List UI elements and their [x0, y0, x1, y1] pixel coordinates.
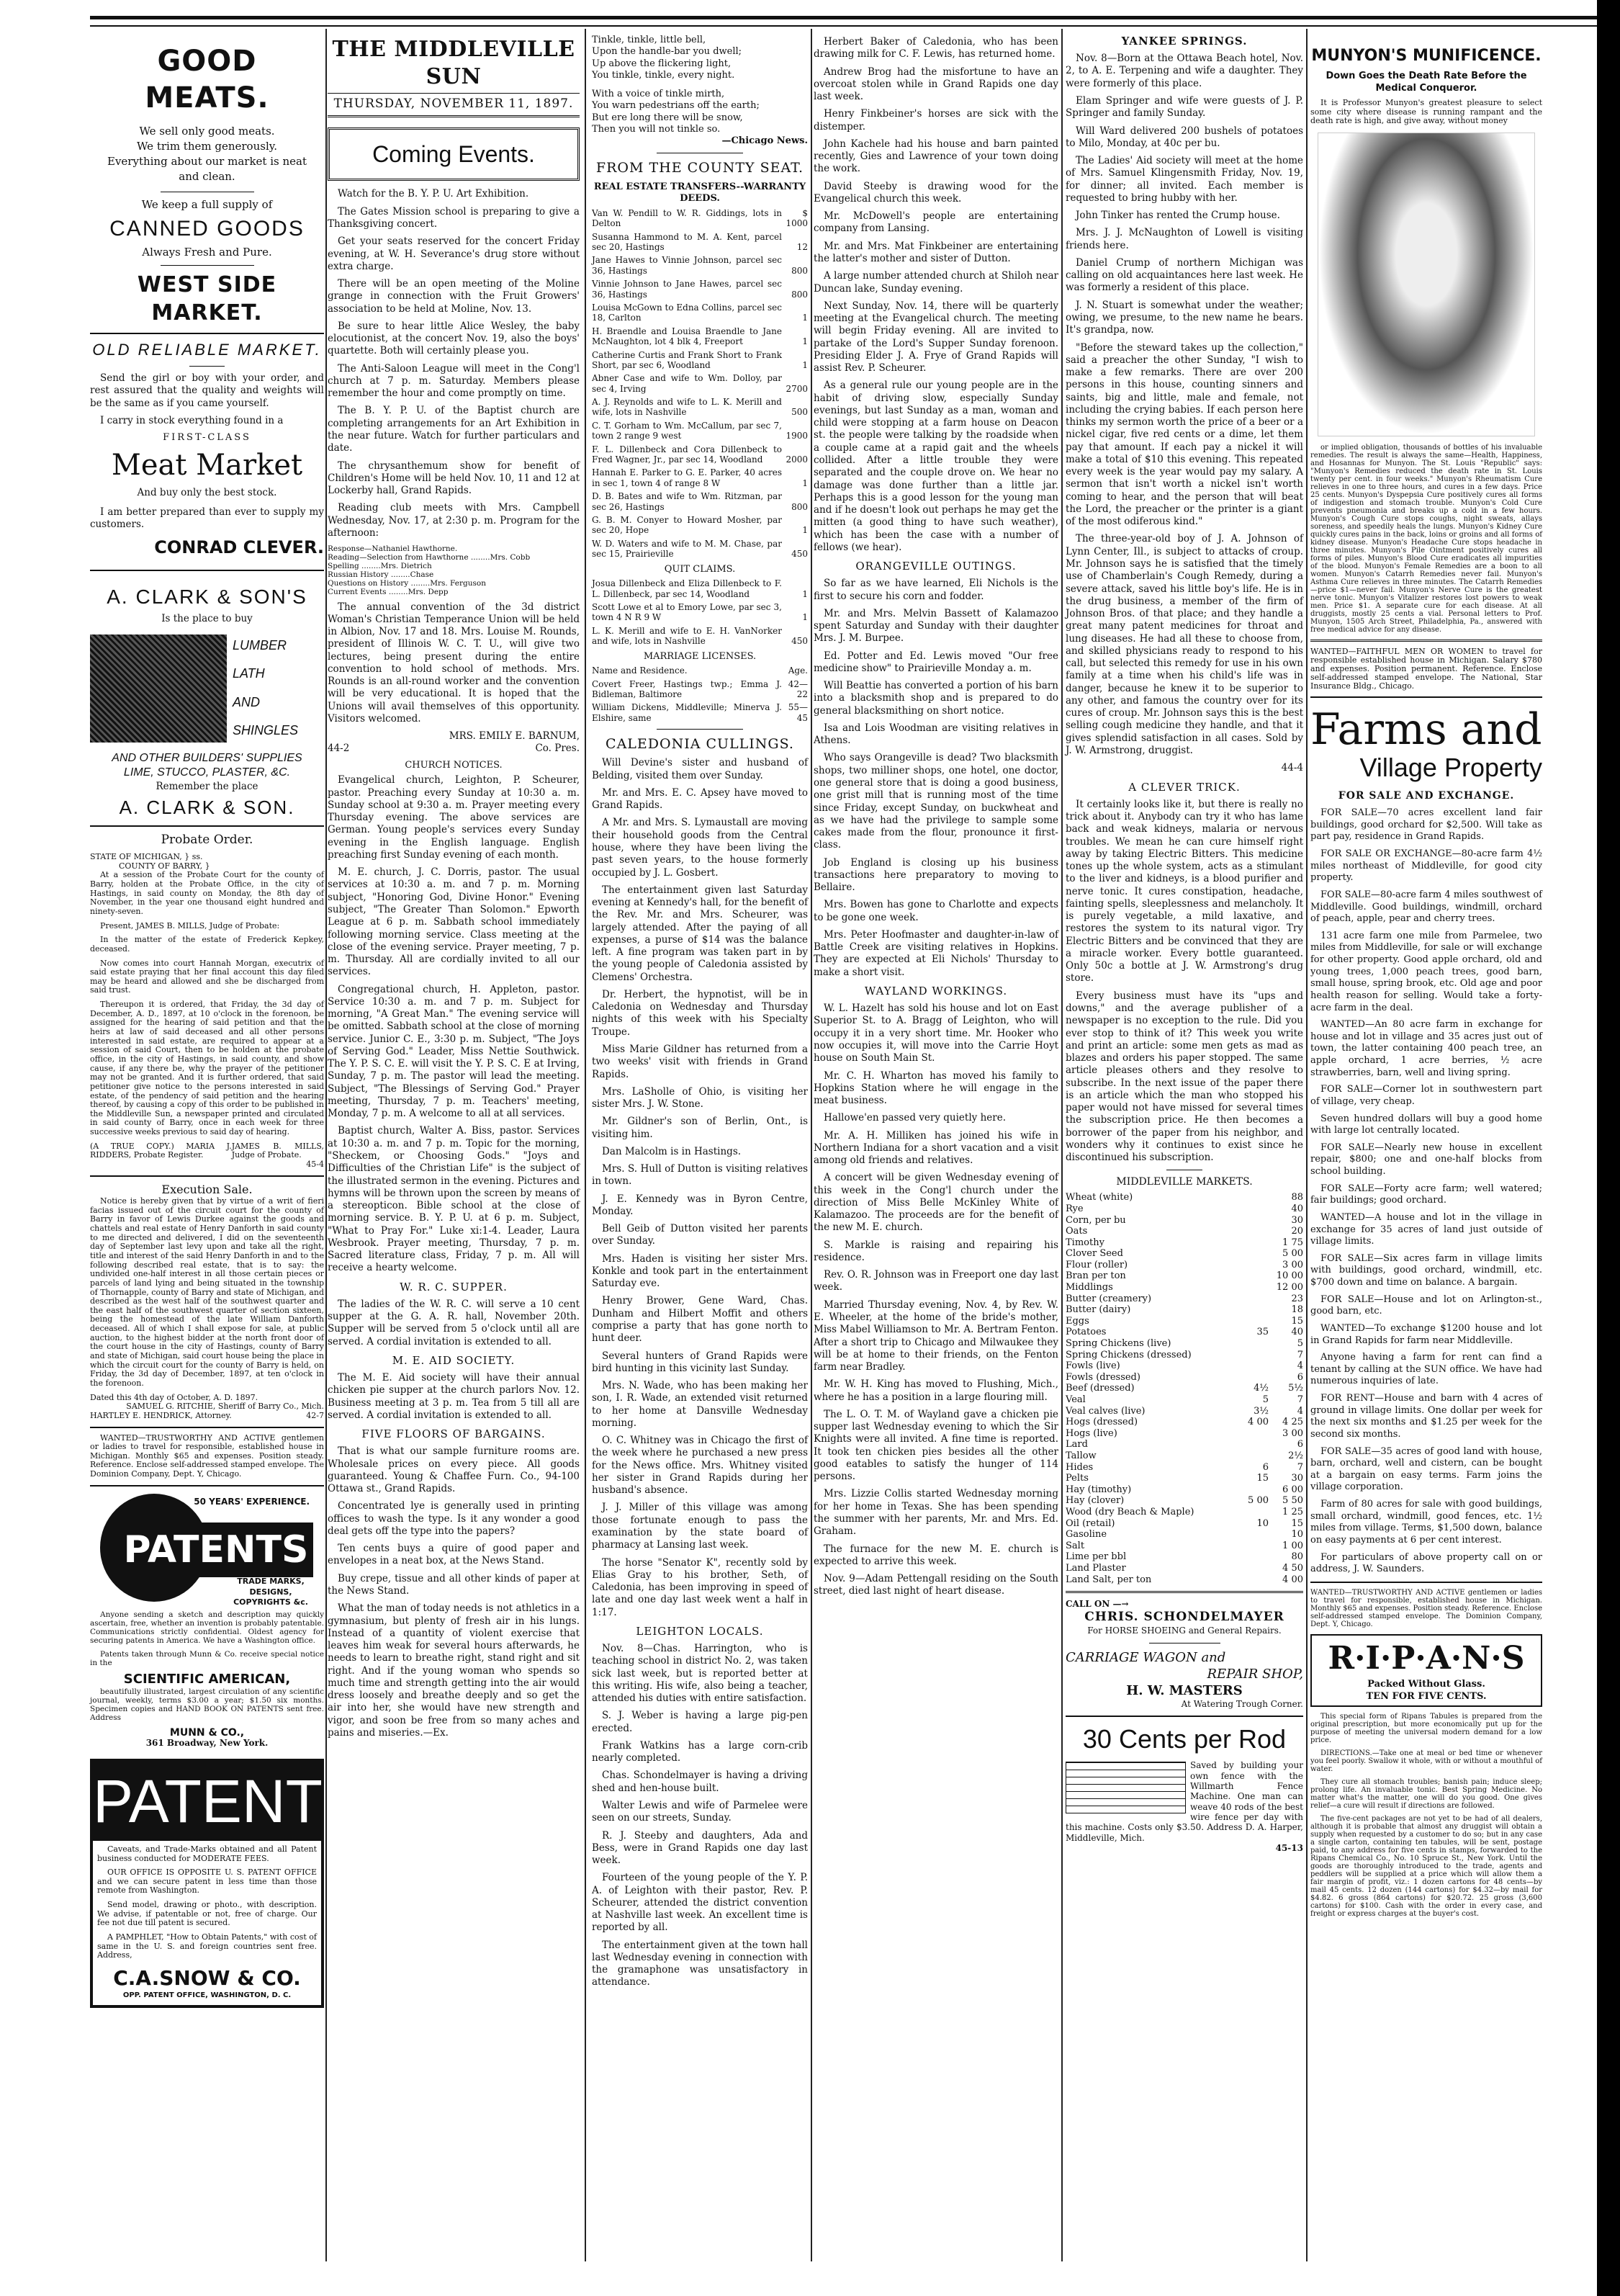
- masthead-title: THE MIDDLEVILLE SUN: [328, 36, 580, 91]
- fresh-line: Always Fresh and Pure.: [90, 246, 324, 259]
- canned-goods: CANNED GOODS: [90, 215, 324, 243]
- send-text: Send the girl or boy with your order, an…: [90, 372, 324, 410]
- snow-patents-ad: PATENTS Caveats, and Trade-Marks obtaine…: [90, 1759, 324, 2008]
- carry-text: I carry in stock everything found in a: [90, 415, 324, 427]
- scan-edge: [1597, 0, 1620, 2296]
- column-3: Tinkle, tinkle, little bell, Upon the ha…: [592, 29, 808, 1994]
- coming-events-heading: Coming Events.: [328, 127, 580, 181]
- buy-best: And buy only the best stock.: [90, 487, 324, 499]
- yankee-springs-heading: YANKEE SPRINGS.: [1066, 35, 1303, 48]
- church-notices-heading: CHURCH NOTICES.: [328, 760, 580, 772]
- clark-footer: A. CLARK & SON.: [90, 796, 324, 820]
- ripans-ad: R·I·P·A·N·S Packed Without Glass. TEN FO…: [1310, 1634, 1542, 1708]
- owner-name: CONRAD CLEVER.: [90, 537, 324, 559]
- column-2: THE MIDDLEVILLE SUN THURSDAY, NOVEMBER 1…: [328, 29, 580, 1744]
- patents-ad-copy: Anyone sending a sketch and description …: [90, 1610, 324, 1749]
- munyon-heading: MUNYON'S MUNIFICENCE.: [1310, 46, 1542, 66]
- meat-market: Meat Market: [90, 447, 324, 484]
- first-class: FIRST-CLASS: [90, 432, 324, 444]
- clark-lumber-block: LUMBER LATH AND SHINGLES: [90, 632, 324, 745]
- fence-illustration: [1066, 1762, 1186, 1813]
- county-seat-heading: FROM THE COUNTY SEAT.: [592, 159, 808, 176]
- good-meats-heading: GOOD MEATS.: [90, 43, 324, 117]
- column-5: YANKEE SPRINGS. Nov. 8—Born at the Ottaw…: [1066, 29, 1303, 1854]
- clever-trick-heading: A CLEVER TRICK.: [1066, 781, 1303, 794]
- wayland-heading: WAYLAND WORKINGS.: [814, 985, 1058, 998]
- good-meats-copy: We sell only good meats. We trim them ge…: [104, 124, 310, 184]
- caledonia-heading: CALEDONIA CULLINGS.: [592, 735, 808, 753]
- wanted-ad: WANTED—TRUSTWORTHY AND ACTIVE gentlemen …: [90, 1434, 324, 1479]
- bicycle-bell-poem: Tinkle, tinkle, little bell, Upon the ha…: [592, 35, 808, 147]
- column-1: GOOD MEATS. We sell only good meats. We …: [90, 29, 324, 2008]
- munyon-portrait: [1318, 133, 1535, 436]
- wanted-faithful-ad: WANTED—FAITHFUL MEN OR WOMEN to travel f…: [1310, 647, 1542, 691]
- old-reliable: OLD RELIABLE MARKET.: [90, 340, 324, 360]
- probate-heading: Probate Order.: [90, 833, 324, 848]
- west-side-market: WEST SIDE MARKET.: [90, 272, 324, 327]
- clark-heading: A. CLARK & SON'S: [90, 584, 324, 610]
- dateline: THURSDAY, NOVEMBER 11, 1897.: [328, 93, 580, 117]
- supply-intro: We keep a full supply of: [90, 198, 324, 212]
- masters-ad: H. W. MASTERS: [1066, 1682, 1303, 1699]
- fence-ad: Saved by building your own fence with th…: [1066, 1760, 1303, 1854]
- lumber-illustration: [90, 634, 227, 743]
- reading-program: Response—Nathaniel Hawthorne. Reading—Se…: [328, 544, 580, 596]
- patents-ad-graphic: PATENTS 50 YEARS' EXPERIENCE. TRADE MARK…: [90, 1494, 324, 1602]
- markets-table: Wheat (white)88 Rye40 Corn, per bu30 Oat…: [1066, 1192, 1303, 1585]
- execution-heading: Execution Sale.: [90, 1183, 324, 1197]
- markets-heading: MIDDLEVILLE MARKETS.: [1066, 1176, 1303, 1189]
- execution-sale: Notice is hereby given that by virtue of…: [90, 1197, 324, 1420]
- prepared-text: I am better prepared than ever to supply…: [90, 506, 324, 532]
- clark-place: Is the place to buy: [90, 613, 324, 625]
- schondelmayer-ad: CHRIS. SCHONDELMAYER: [1066, 1610, 1303, 1625]
- column-6: MUNYON'S MUNIFICENCE. Down Goes the Deat…: [1310, 29, 1542, 1923]
- fence-ad-heading: 30 Cents per Rod: [1066, 1723, 1303, 1756]
- probate-order: STATE OF MICHIGAN, } ss. COUNTY OF BARRY…: [90, 853, 324, 1170]
- column-4: Herbert Baker of Caledonia, who has been…: [814, 36, 1058, 1603]
- deeds-list: Van W. Pendill to W. R. Giddings, lots i…: [592, 208, 808, 560]
- top-rule: [90, 16, 1602, 27]
- property-listings: FOR SALE—70 acres excellent land fair bu…: [1310, 807, 1542, 1576]
- farms-heading: Farms and: [1310, 708, 1542, 751]
- orangeville-heading: ORANGEVILLE OUTINGS.: [814, 560, 1058, 573]
